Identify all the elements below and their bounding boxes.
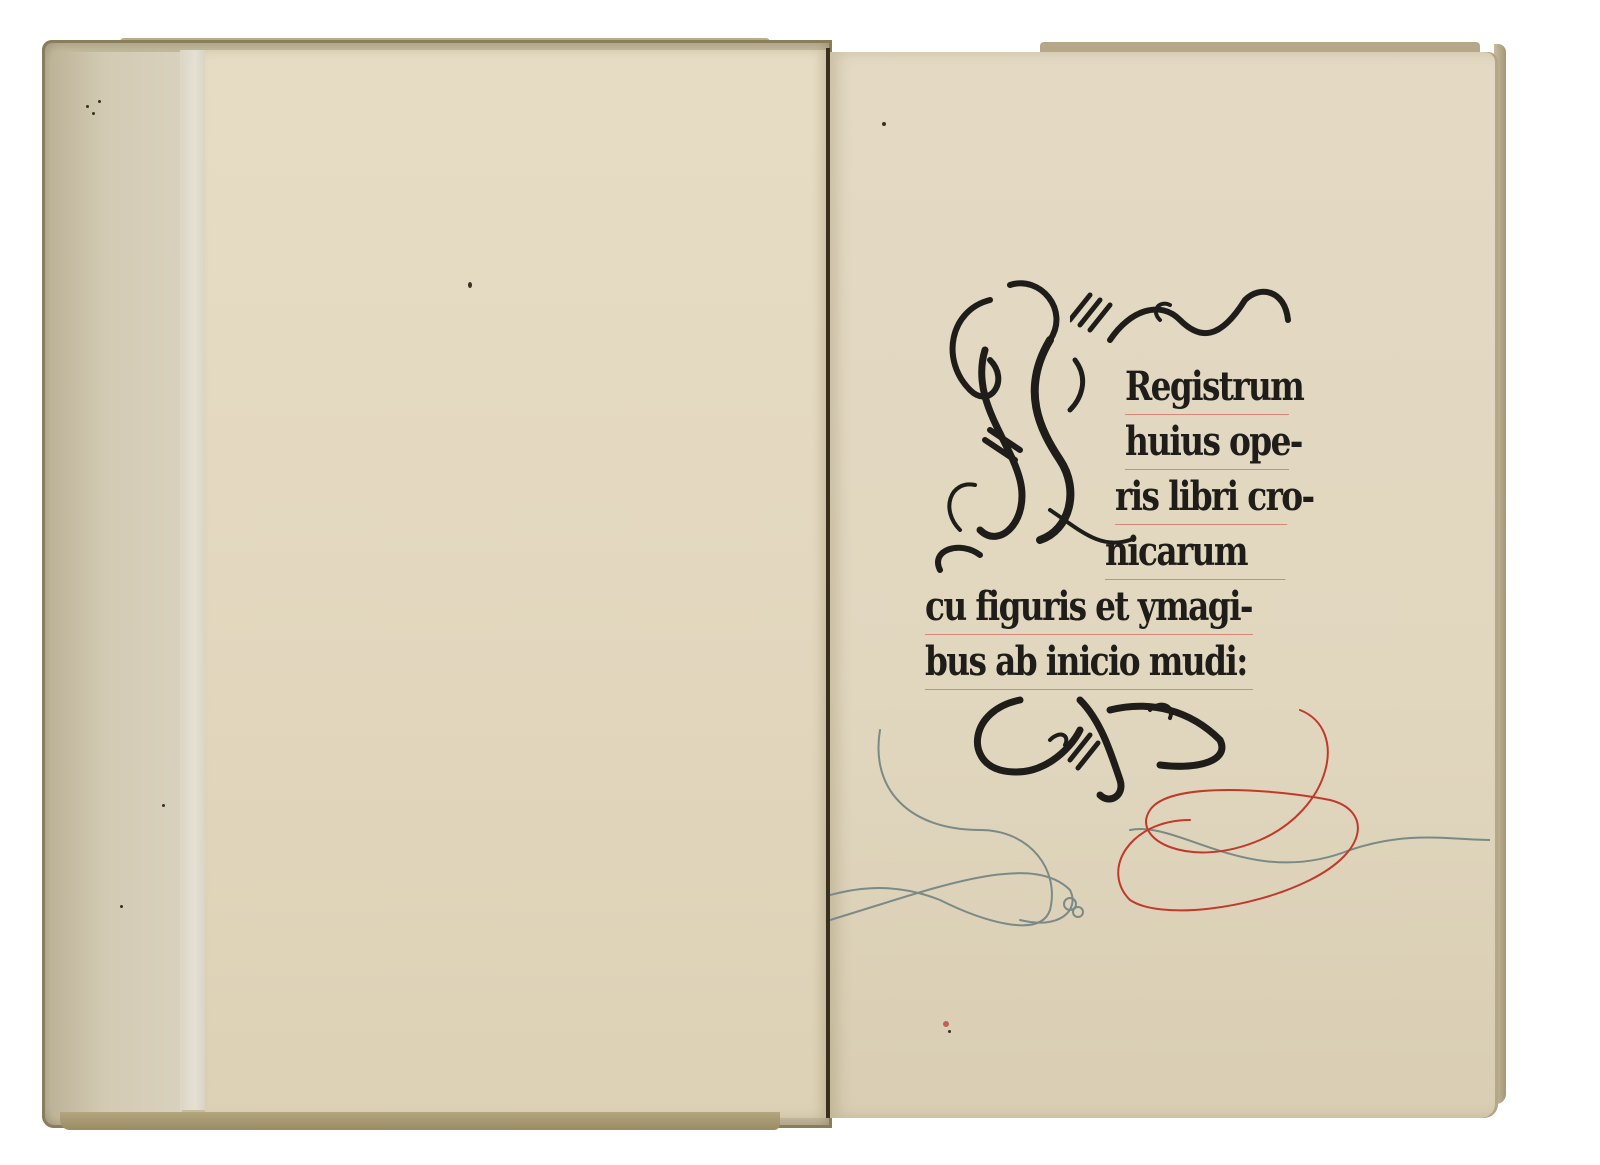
ink-speck — [882, 122, 886, 126]
ink-speck — [468, 282, 472, 288]
open-book: Registrum huius ope- ris libri cro- nica… — [0, 0, 1600, 1165]
left-board-turn-in — [52, 52, 182, 1116]
wormhole — [120, 905, 123, 908]
wormhole — [92, 112, 95, 115]
title-line-2: huius ope- — [1125, 415, 1289, 470]
wormhole — [86, 105, 89, 108]
left-pastedown-page — [205, 50, 827, 1118]
title-line-6: bus ab inicio mudi: — [925, 635, 1253, 690]
wormhole — [162, 804, 165, 807]
register-title: Registrum huius ope- ris libri cro- nica… — [925, 360, 1325, 690]
right-textblock-top-edge — [1040, 42, 1480, 52]
title-line-3: ris libri cro- — [1115, 470, 1287, 525]
title-line-1: Registrum — [1125, 360, 1289, 415]
title-line-5: cu figuris et ymagi- — [925, 580, 1253, 635]
title-line-4: nicarum — [1105, 525, 1285, 580]
red-ink-speck — [943, 1021, 949, 1027]
pen-doodles-icon — [830, 690, 1490, 940]
ink-speck — [948, 1030, 951, 1033]
wormhole — [98, 100, 101, 103]
left-board-bottom-edge — [60, 1112, 780, 1130]
